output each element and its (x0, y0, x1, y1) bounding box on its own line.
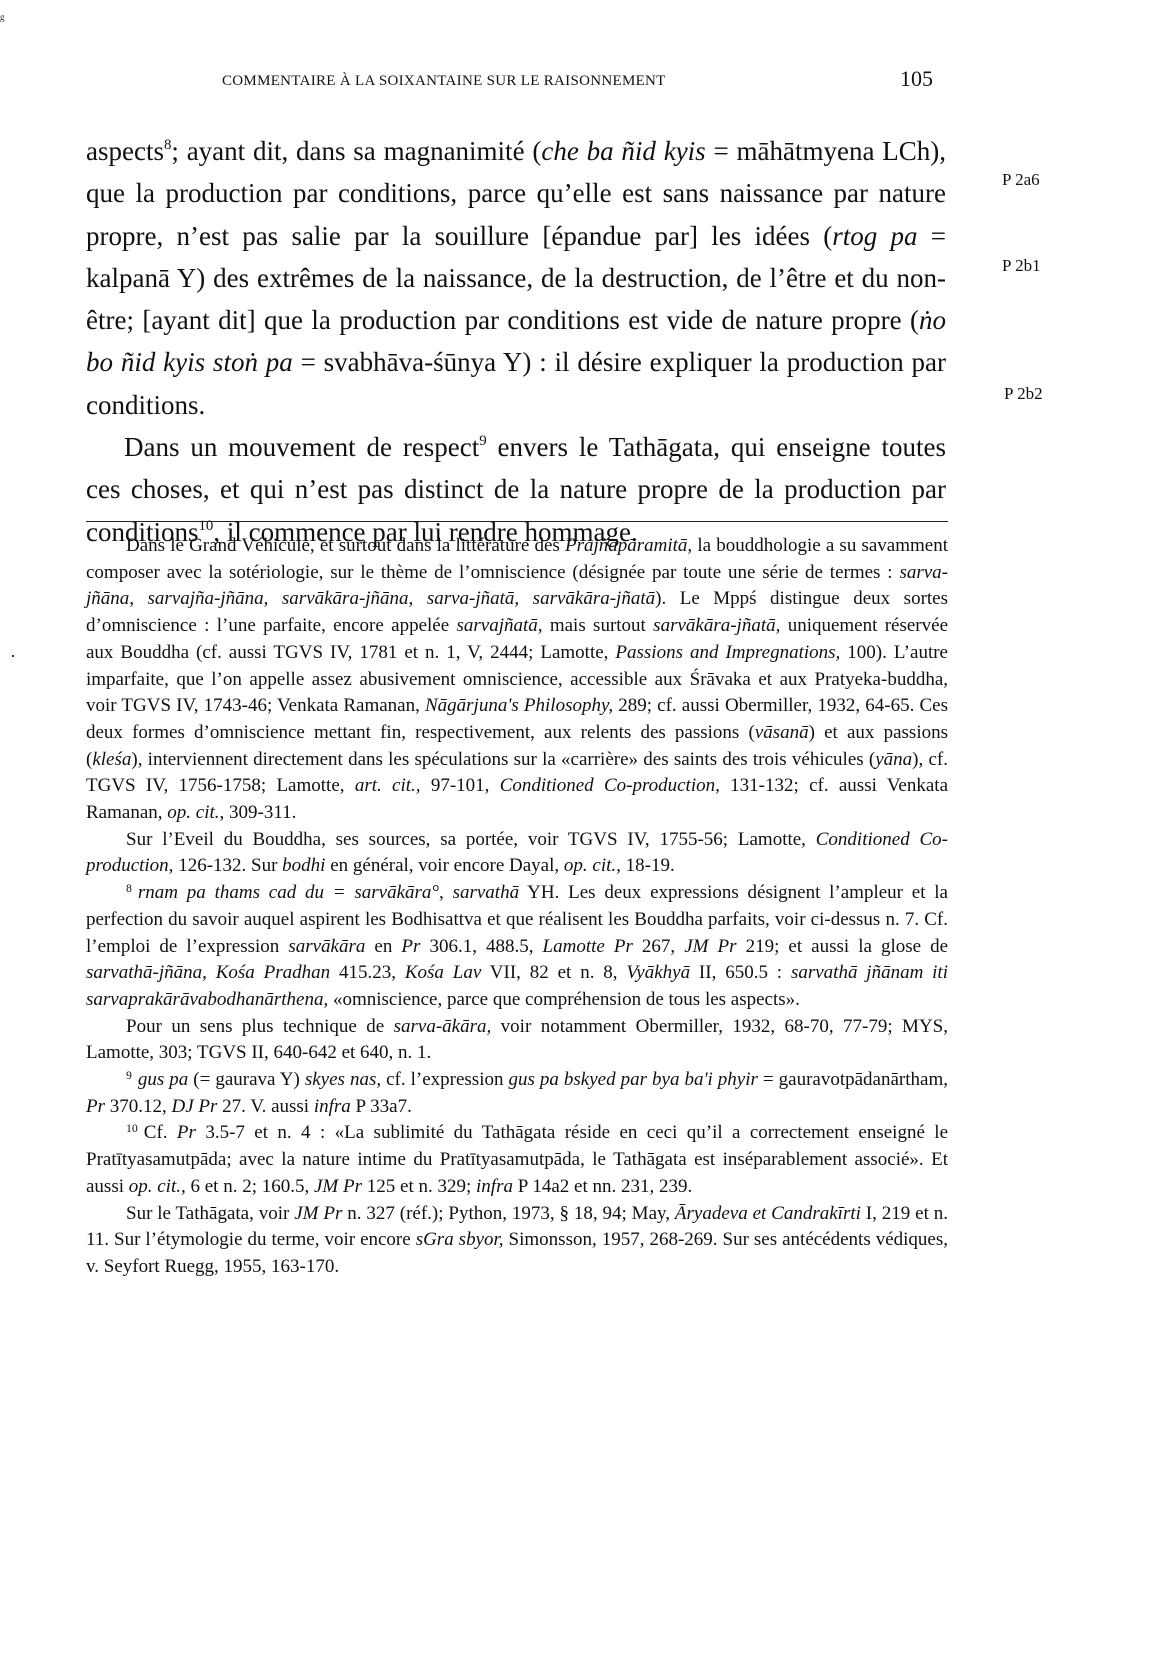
italic-term: sarvathā-jñāna, Kośa Pradhan (86, 962, 330, 983)
italic-term: sarva-jñāna, sarvajña-jñāna, sarvākāra-j… (86, 562, 948, 610)
footnote-para: Sur le Tathāgata, voir JM Pr n. 327 (réf… (86, 1201, 948, 1281)
italic-term: Pr (177, 1122, 196, 1143)
italic-term: skyes nas, (305, 1069, 381, 1090)
scan-corner-mark: g (0, 12, 5, 22)
italic-term: Prajñāpāramitā, (565, 535, 692, 556)
italic-term: ṅo bo ñid kyis stoṅ pa (86, 305, 946, 377)
italic-term: sGra sbyor, (416, 1229, 504, 1250)
italic-term: JM Pr (684, 936, 736, 957)
italic-term: JM Pr (294, 1203, 342, 1224)
italic-term: rtog pa (832, 221, 917, 251)
note-ref: 8 (164, 137, 171, 153)
footnote-9: 9gus pa (= gaurava Y) skyes nas, cf. l’e… (86, 1067, 948, 1120)
italic-term: gus pa (138, 1069, 188, 1090)
footnote-separator (86, 521, 948, 522)
italic-term: op. cit., (167, 802, 224, 823)
italic-term: Vyākhyā (626, 962, 690, 983)
main-text: aspects8; ayant dit, dans sa magnanimité… (86, 130, 946, 553)
footnote-para: Sur l’Eveil du Bouddha, ses sources, sa … (86, 827, 948, 880)
italic-term: Pr (86, 1096, 105, 1117)
italic-term: yāna (875, 749, 912, 770)
running-head: COMMENTAIRE À LA SOIXANTAINE SUR LE RAIS… (222, 73, 812, 90)
italic-term: Conditioned Co-production, (500, 775, 720, 796)
italic-term: Nāgārjuna's Philosophy, (425, 695, 613, 716)
footnote-8: 8rnam pa thams cad du = sarvākāra°, sarv… (86, 880, 948, 1014)
main-paragraph-1: aspects8; ayant dit, dans sa magnanimité… (86, 130, 946, 426)
footnotes: Dans le Grand Véhicule, et surtout dans … (86, 533, 948, 1281)
margin-note-p2b2: P 2b2 (1004, 384, 1043, 404)
margin-note-p2b1: P 2b1 (1002, 256, 1041, 276)
footnote-para: Dans le Grand Véhicule, et surtout dans … (86, 533, 948, 827)
italic-term: sarva-ākāra, (394, 1016, 492, 1037)
italic-term: infra (314, 1096, 351, 1117)
footnote-number: 10 (126, 1122, 138, 1135)
italic-term: bodhi (282, 855, 325, 876)
margin-note-p2a6: P 2a6 (1002, 170, 1040, 190)
italic-term: Lamotte Pr (543, 936, 633, 957)
footnote-number: 9 (126, 1069, 132, 1082)
italic-term: sarvākāra (288, 936, 365, 957)
italic-term: sarvākāra-jñatā, (653, 615, 780, 636)
footnote-para: Pour un sens plus technique de sarva-ākā… (86, 1014, 948, 1067)
italic-term: kleśa (92, 749, 131, 770)
italic-term: op. cit., (564, 855, 621, 876)
scan-speck (12, 655, 14, 657)
italic-term: Passions and Impregnations, (615, 642, 840, 663)
italic-term: Āryadeva et Candrakīrti (675, 1203, 861, 1224)
italic-term: DJ Pr (172, 1096, 218, 1117)
page-number: 105 (900, 66, 933, 92)
italic-term: sarvajñatā, (456, 615, 542, 636)
italic-term: vāsanā (755, 722, 809, 743)
note-ref: 10 (199, 518, 214, 534)
footnote-10: 10Cf. Pr 3.5-7 et n. 4 : «La sublimité d… (86, 1120, 948, 1200)
italic-term: Pr (401, 936, 420, 957)
italic-term: infra (476, 1176, 513, 1197)
italic-term: gus pa bskyed par bya ba'i phyir (509, 1069, 758, 1090)
italic-term: op. cit., (129, 1176, 186, 1197)
italic-term: rnam pa thams cad du = sarvākāra°, sarva… (138, 882, 519, 903)
note-ref: 9 (479, 433, 486, 449)
italic-term: Conditioned Co-production, (86, 829, 948, 877)
footnote-number: 8 (126, 882, 132, 895)
italic-term: art. cit., (355, 775, 421, 796)
italic-term: JM Pr (314, 1176, 362, 1197)
italic-term: che ba ñid kyis (541, 136, 705, 166)
italic-term: Kośa Lav (405, 962, 481, 983)
